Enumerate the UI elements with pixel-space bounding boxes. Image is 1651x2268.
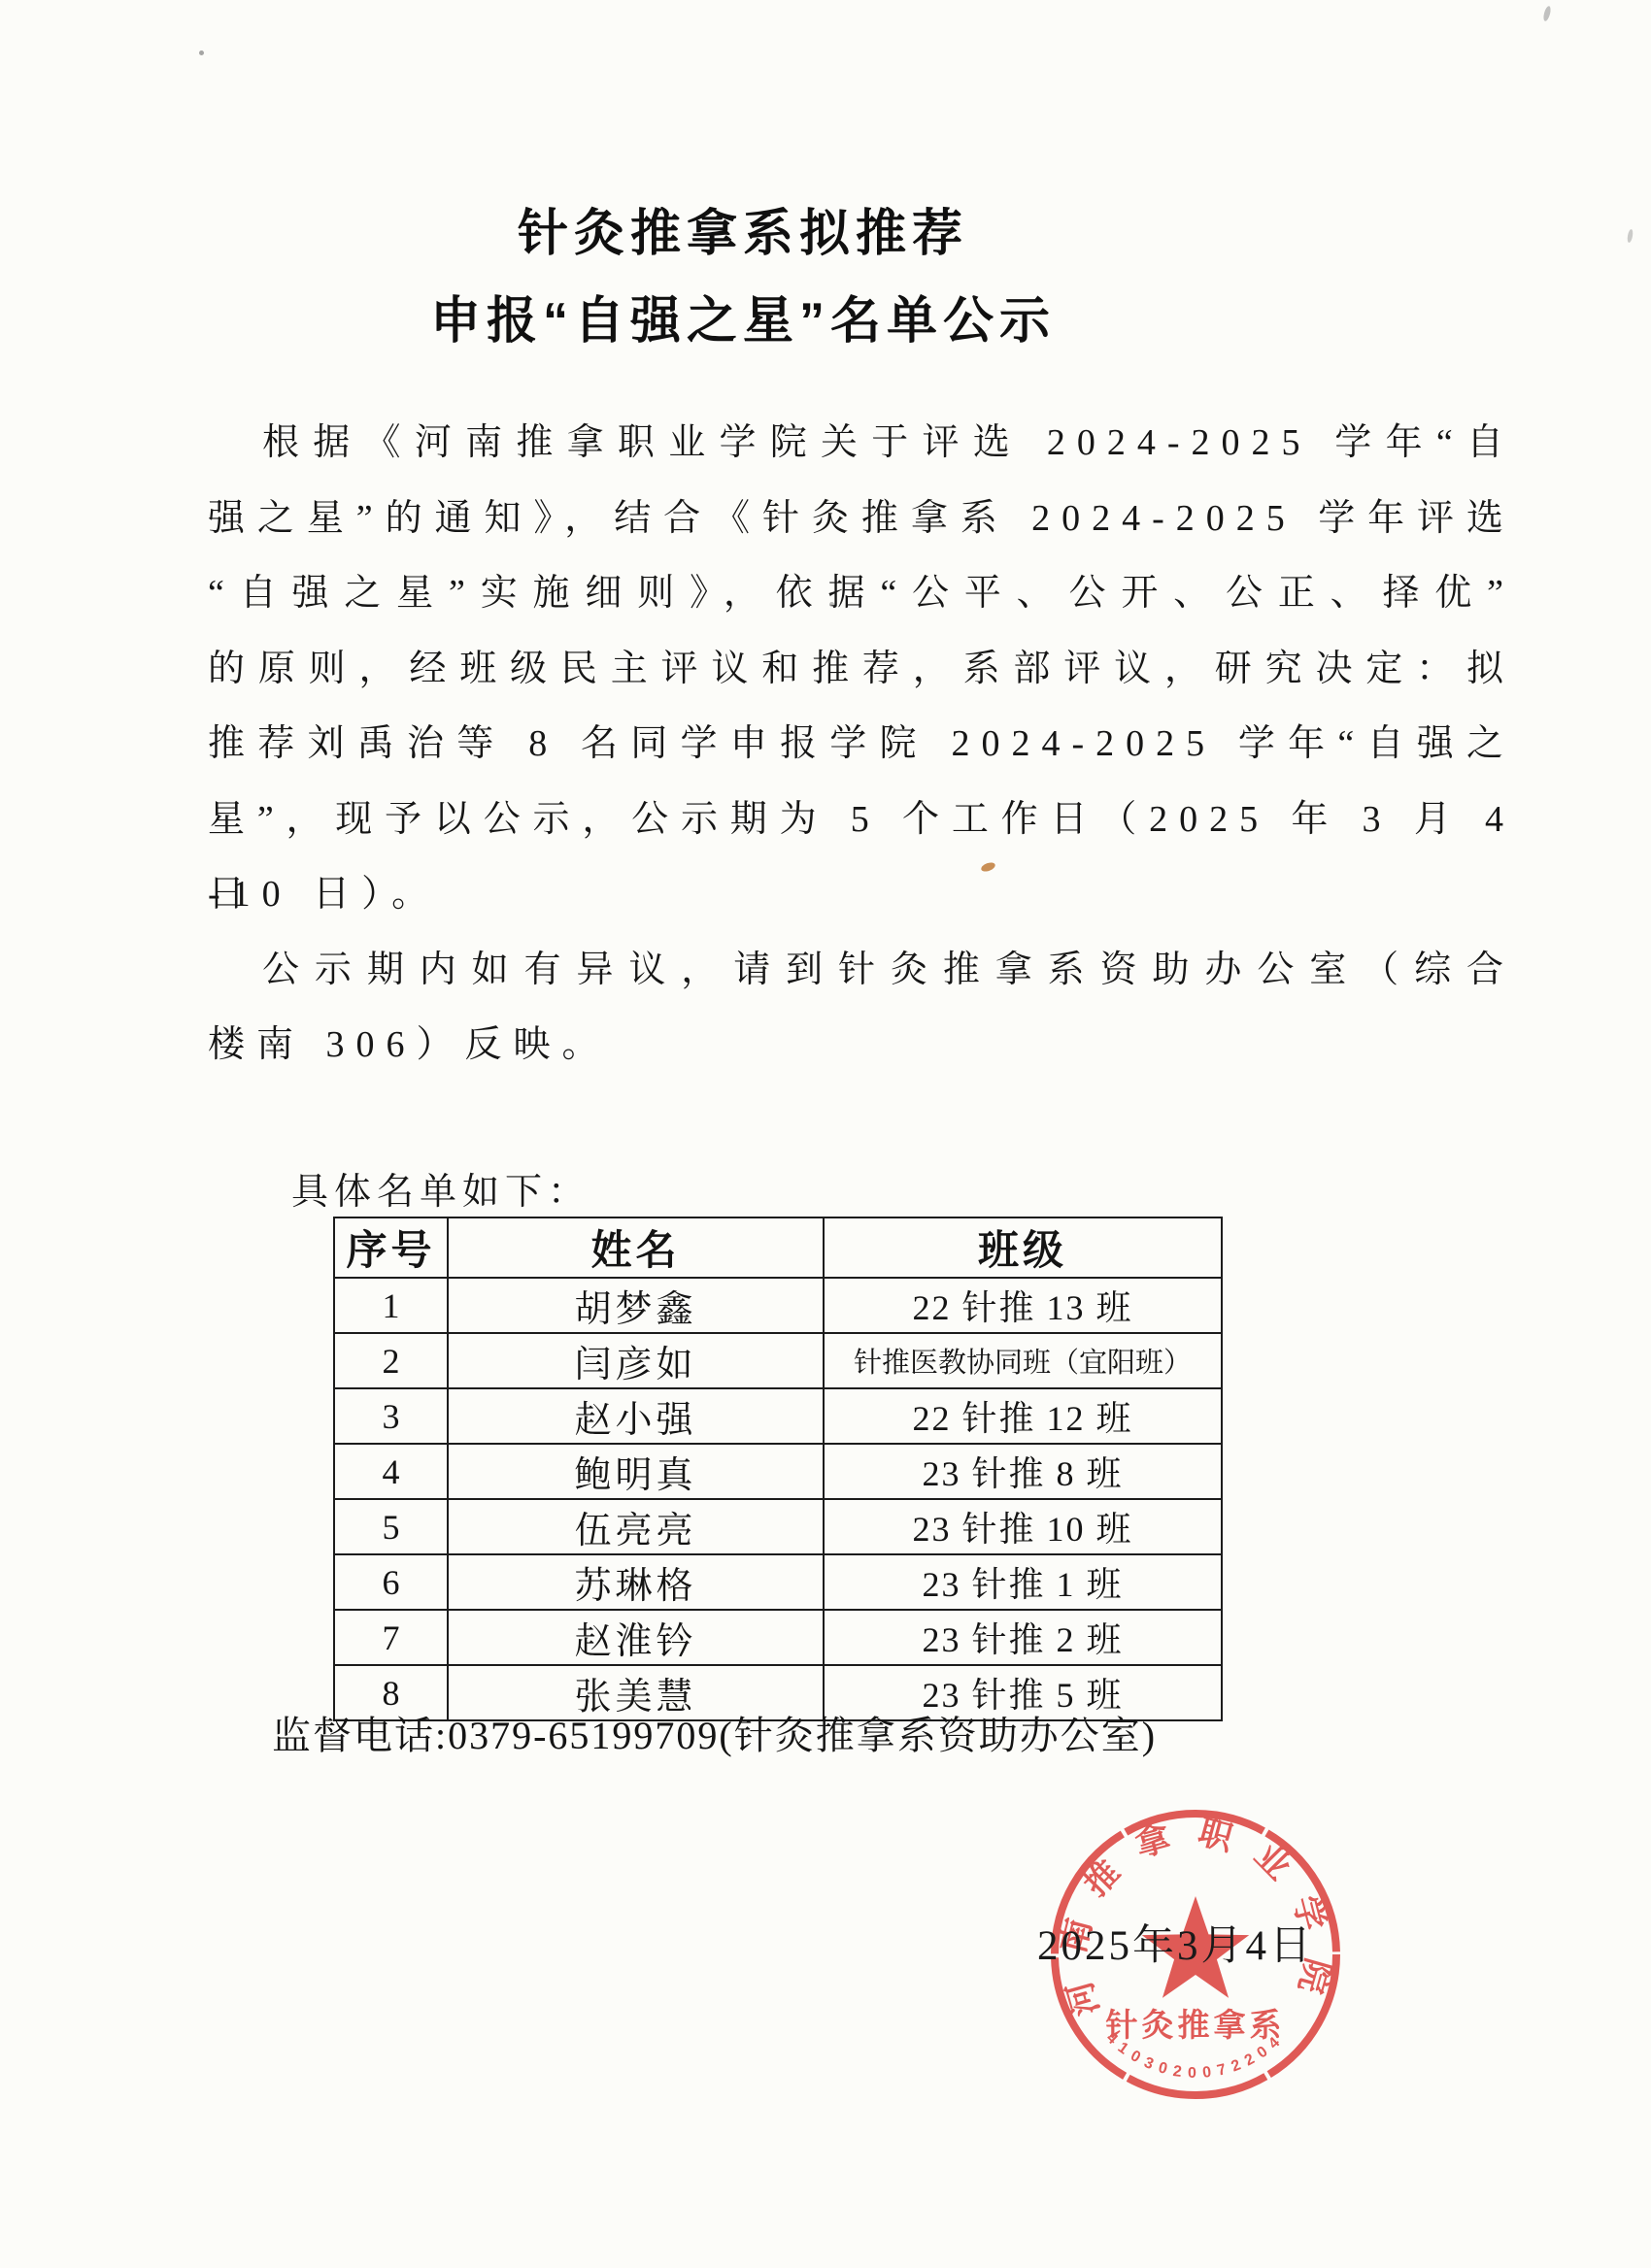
- body-line: 星”，现予以公示，公示期为 5 个工作日（2025 年 3 月 4 日: [208, 783, 1515, 858]
- cell-class: 23 针推 1 班: [824, 1554, 1222, 1610]
- table-row: 7 赵淮钤 23 针推 2 班: [334, 1610, 1222, 1665]
- col-header-name: 姓名: [448, 1217, 824, 1278]
- cell-name: 赵小强: [448, 1388, 824, 1444]
- paper-speck: [1542, 5, 1552, 21]
- cell-name: 苏琳格: [448, 1554, 824, 1610]
- title-line-2: 申报“自强之星”名单公示: [0, 278, 1486, 365]
- table-row: 4 鲍明真 23 针推 8 班: [334, 1444, 1222, 1499]
- cell-class: 23 针推 2 班: [824, 1610, 1222, 1665]
- cell-class: 23 针推 8 班: [824, 1444, 1222, 1499]
- cell-no: 3: [334, 1388, 448, 1444]
- cell-name: 赵淮钤: [448, 1610, 824, 1665]
- body-line: “自强之星”实施细则》，依据“公平、公开、公正、择优”: [208, 556, 1515, 632]
- body-line: 推荐刘禹治等 8 名同学申报学院 2024-2025 学年“自强之: [208, 707, 1515, 783]
- seal-department-text: 针灸推拿系: [1106, 2007, 1286, 2043]
- cell-no: 5: [334, 1499, 448, 1554]
- cell-no: 4: [334, 1444, 448, 1499]
- cell-no: 2: [334, 1333, 448, 1388]
- cell-class: 23 针推 10 班: [824, 1499, 1222, 1554]
- cell-class: 针推医教协同班（宜阳班）: [824, 1333, 1222, 1388]
- cell-name: 伍亮亮: [448, 1499, 824, 1554]
- supervision-phone-line: 监督电话:0379-65199709(针灸推拿系资助办公室): [272, 1705, 1157, 1760]
- col-header-no: 序号: [334, 1217, 448, 1278]
- cell-no: 1: [334, 1278, 448, 1333]
- table-row: 5 伍亮亮 23 针推 10 班: [334, 1499, 1222, 1554]
- body-line: 强之星”的通知》，结合《针灸推拿系 2024-2025 学年评选: [208, 482, 1515, 557]
- body-text: 根据《河南推拿职业学院关于评选 2024-2025 学年“自 强之星”的通知》，…: [208, 406, 1515, 1084]
- body-line: 的原则，经班级民主评议和推荐，系部评议，研究决定：拟: [208, 632, 1515, 708]
- body-line: 公示期内如有异议，请到针灸推拿系资助办公室（综合: [208, 933, 1515, 1009]
- cell-name: 闫彦如: [448, 1333, 824, 1388]
- cell-class: 22 针推 13 班: [824, 1278, 1222, 1333]
- table-row: 6 苏琳格 23 针推 1 班: [334, 1554, 1222, 1610]
- cell-no: 6: [334, 1554, 448, 1610]
- title-line-1: 针灸推拿系拟推荐: [0, 190, 1486, 278]
- list-intro: 具体名单如下：: [291, 1161, 590, 1215]
- paper-speck: [1627, 229, 1634, 244]
- table-row: 3 赵小强 22 针推 12 班: [334, 1388, 1222, 1444]
- body-line: -10 日）。: [208, 857, 1515, 933]
- table-row: 1 胡梦鑫 22 针推 13 班: [334, 1278, 1222, 1333]
- table-row: 2 闫彦如 针推医教协同班（宜阳班）: [334, 1333, 1222, 1388]
- body-line: 楼南 306）反映。: [208, 1008, 1515, 1084]
- roster-table: 序号 姓名 班级 1 胡梦鑫 22 针推 13 班 2 闫彦如 针推医教协同班（…: [333, 1217, 1223, 1721]
- cell-name: 胡梦鑫: [448, 1278, 824, 1333]
- cell-no: 7: [334, 1610, 448, 1665]
- body-line: 根据《河南推拿职业学院关于评选 2024-2025 学年“自: [208, 406, 1515, 482]
- cell-class: 22 针推 12 班: [824, 1388, 1222, 1444]
- paper-speck: [199, 50, 204, 55]
- paper-speck: [829, 602, 834, 607]
- table-header-row: 序号 姓名 班级: [334, 1217, 1222, 1278]
- col-header-class: 班级: [824, 1217, 1222, 1278]
- cell-name: 鲍明真: [448, 1444, 824, 1499]
- document-date: 2025年3月4日: [1037, 1913, 1314, 1972]
- document-page: 针灸推拿系拟推荐 申报“自强之星”名单公示 根据《河南推拿职业学院关于评选 20…: [0, 0, 1651, 2268]
- document-title: 针灸推拿系拟推荐 申报“自强之星”名单公示: [0, 190, 1486, 365]
